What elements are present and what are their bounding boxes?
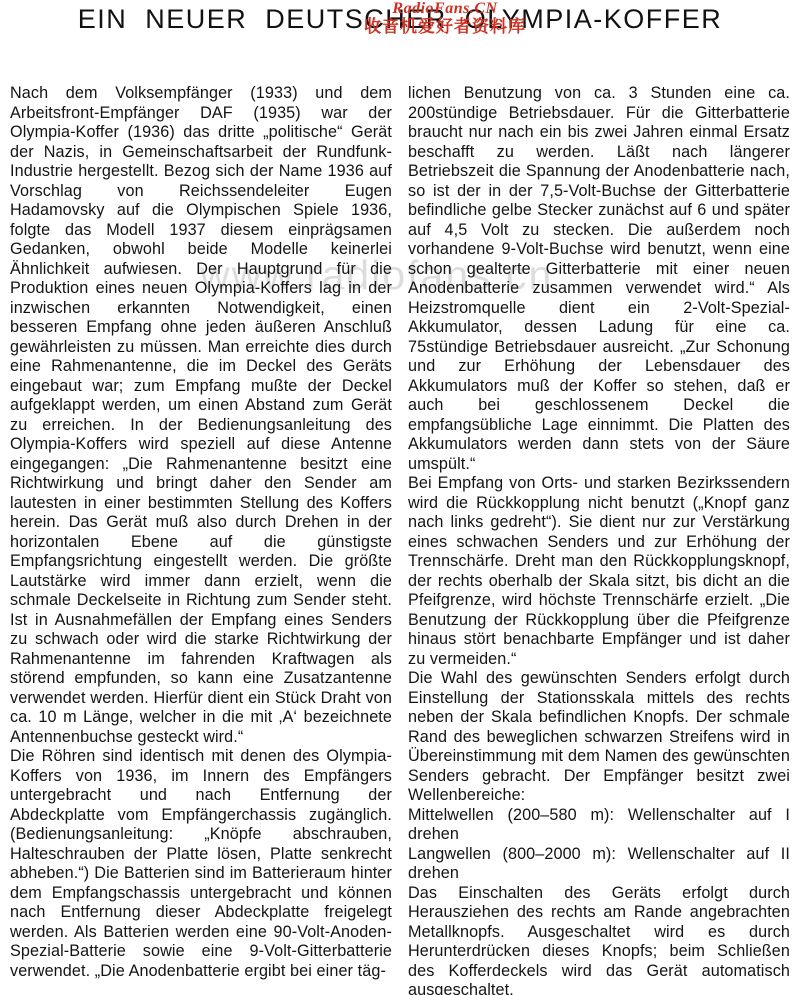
body-text-paragraph: Bei Empfang von Orts- und starken Bezirk… bbox=[408, 474, 790, 669]
article-body: Nach dem Volksempfänger (1933) und dem A… bbox=[10, 84, 790, 995]
body-text-paragraph: Nach dem Volksempfänger (1933) und dem A… bbox=[10, 84, 392, 747]
body-text-paragraph: Die Wahl des gewünschten Senders erfolgt… bbox=[408, 669, 790, 806]
document-page: www.radiofans.cn EIN NEUER DEUTSCHER OLY… bbox=[0, 0, 800, 995]
body-text-paragraph: Das Einschalten des Geräts erfolgt durch… bbox=[408, 884, 790, 995]
right-column: lichen Benutzung von ca. 3 Stunden eine … bbox=[408, 84, 790, 995]
body-text-list-item: Langwellen (800–2000 m): Wellenschalter … bbox=[408, 845, 790, 884]
page-title: EIN NEUER DEUTSCHER OLYMPIA-KOFFER bbox=[0, 4, 800, 35]
body-text-paragraph: Die Röhren sind identisch mit denen des … bbox=[10, 747, 392, 981]
left-column: Nach dem Volksempfänger (1933) und dem A… bbox=[10, 84, 392, 995]
body-text-list-item: Mittelwellen (200–580 m): Wellenschalter… bbox=[408, 806, 790, 845]
body-text-paragraph: lichen Benutzung von ca. 3 Stunden eine … bbox=[408, 84, 790, 474]
